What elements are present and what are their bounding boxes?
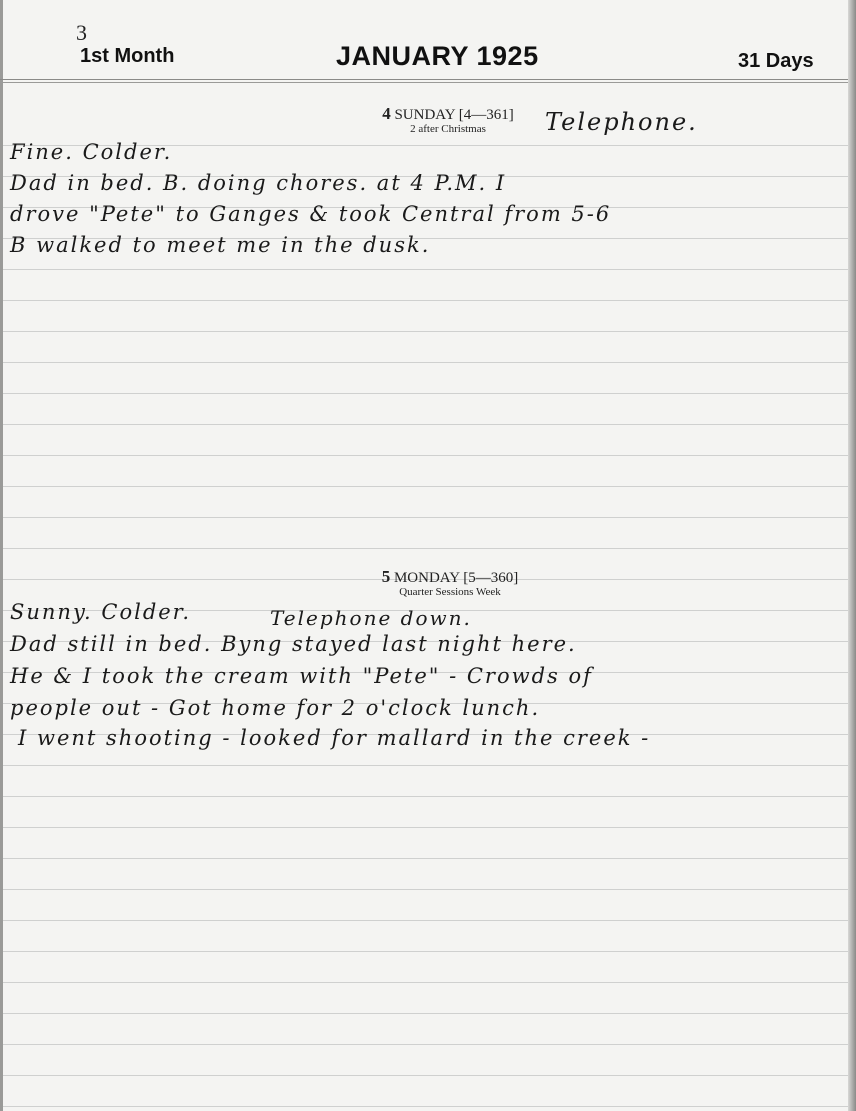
entry-line: He & I took the cream with "Pete" - Crow… bbox=[10, 664, 593, 688]
month-label: 1st Month bbox=[80, 45, 174, 68]
margin-note: Telephone. bbox=[545, 108, 698, 136]
day-number: 5 bbox=[382, 567, 391, 586]
header-divider-top bbox=[0, 79, 848, 80]
entry-line: drove "Pete" to Ganges & took Central fr… bbox=[10, 202, 611, 226]
day-heading-monday: 5 MONDAY [5—360] Quarter Sessions Week bbox=[370, 567, 530, 598]
entry-line: people out - Got home for 2 o'clock lunc… bbox=[10, 696, 540, 720]
day-number: 4 bbox=[382, 104, 391, 123]
entry-line: Dad in bed. B. doing chores. at 4 P.M. I bbox=[10, 171, 506, 195]
entry-line: Fine. Colder. bbox=[10, 140, 172, 164]
day-code: [5—360] bbox=[463, 570, 518, 586]
page-number: 3 bbox=[76, 20, 87, 46]
day-name: SUNDAY bbox=[394, 107, 455, 123]
entry-line: Dad still in bed. Byng stayed last night… bbox=[10, 632, 577, 656]
header-divider-bottom bbox=[0, 82, 848, 83]
day-subtitle: Quarter Sessions Week bbox=[370, 586, 530, 598]
entry-line: B walked to meet me in the dusk. bbox=[10, 233, 430, 257]
day-subtitle: 2 after Christmas bbox=[368, 123, 528, 135]
margin-note: Telephone down. bbox=[270, 606, 472, 630]
page-title: JANUARY 1925 bbox=[336, 41, 539, 72]
day-name: MONDAY bbox=[394, 570, 460, 586]
page-right-edge bbox=[848, 0, 856, 1111]
days-count-label: 31 Days bbox=[738, 50, 814, 73]
diary-page: 3 1st Month JANUARY 1925 31 Days 4 SUNDA… bbox=[0, 0, 848, 1111]
page-left-edge bbox=[0, 0, 3, 1111]
day-heading-sunday: 4 SUNDAY [4—361] 2 after Christmas bbox=[368, 104, 528, 135]
entry-line: I went shooting - looked for mallard in … bbox=[18, 726, 650, 750]
day-code: [4—361] bbox=[459, 107, 514, 123]
entry-line: Sunny. Colder. bbox=[10, 600, 191, 624]
